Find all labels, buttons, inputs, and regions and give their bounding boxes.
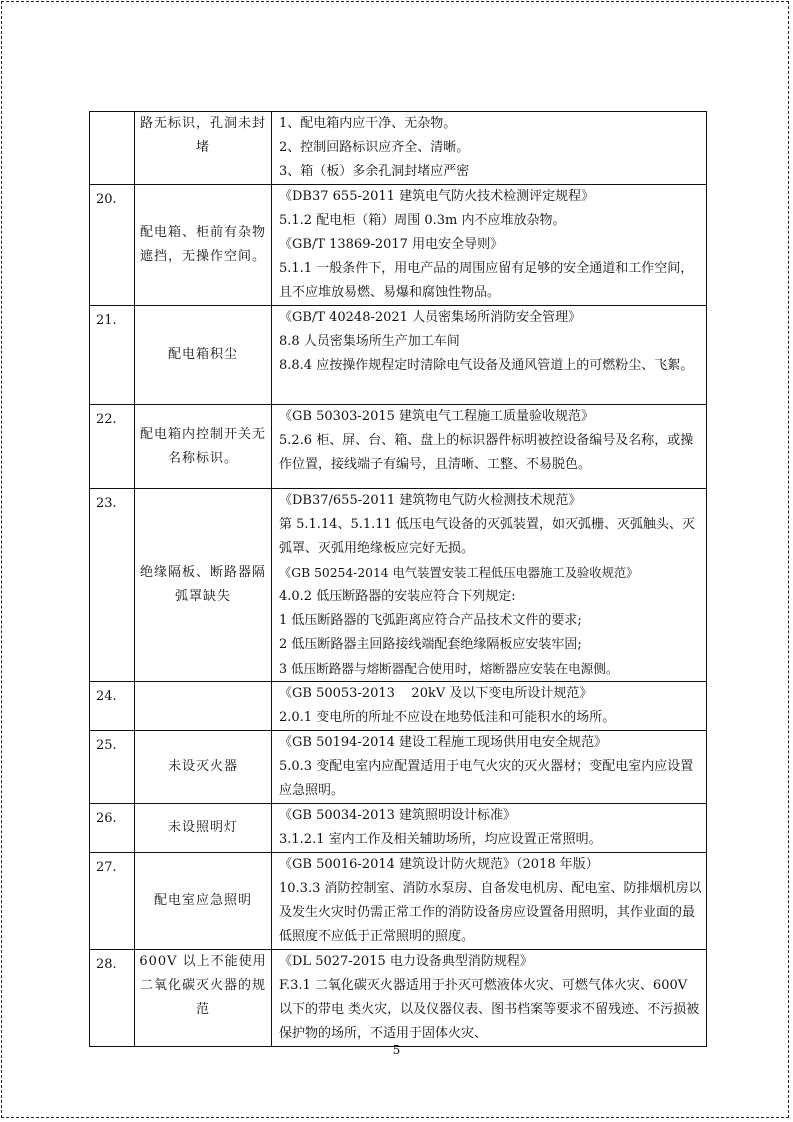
issue-description: 600V 以上不能使用二氧化碳灭火器的规范 — [135, 950, 272, 1047]
clause-line: 《GB 50194-2014 建设工程施工现场供用电安全规范》 — [279, 731, 702, 755]
clause-line: 3、箱（板）多余孔洞封堵应严密 — [279, 160, 702, 184]
clause-line: 5.1.1 一般条件下，用电产品的周围应留有足够的安全通道和工作空间，且不应堆放… — [279, 257, 702, 305]
row-number: 20. — [90, 185, 135, 306]
clause-cell: 《GB 50016-2014 建筑设计防火规范》（2018 年版） 10.3.3… — [272, 853, 707, 950]
clause-line: 5.0.3 变配电室内应配置适用于电气火灾的灭火器材；变配电室内应设置应急照明。 — [279, 755, 702, 803]
issue-text: 绝缘隔板、断路器隔弧罩缺失 — [139, 561, 267, 609]
row-number: 23. — [90, 489, 135, 682]
clause-line: F.3.1 二氧化碳灭火器适用于扑灭可燃液体火灾、可燃气体火灾、600V 以下的… — [279, 974, 702, 1046]
clause-line: 1 低压断路器的飞弧距离应符合产品技术文件的要求; — [279, 609, 702, 633]
row-number: 21. — [90, 306, 135, 405]
clause-line: 2、控制回路标识应齐全、清晰。 — [279, 136, 702, 160]
issue-description — [135, 682, 272, 731]
clause-line: 《GB/T 13869-2017 用电安全导则》 — [279, 233, 702, 257]
row-number: 26. — [90, 804, 135, 853]
row-number: 22. — [90, 405, 135, 489]
issue-description: 配电箱内控制开关无名称标识。 — [135, 405, 272, 489]
clause-line: 《DL 5027-2015 电力设备典型消防规程》 — [279, 950, 702, 974]
page-number: 5 — [0, 1043, 793, 1057]
clause-line: 《GB 50053-2013 20kV 及以下变电所设计规范》 — [279, 682, 702, 706]
clause-line: 2.0.1 变电所的所址不应设在地势低洼和可能积水的场所。 — [279, 706, 702, 730]
clause-line: 《GB 50034-2013 建筑照明设计标准》 — [279, 804, 702, 828]
table-row: 24. 《GB 50053-2013 20kV 及以下变电所设计规范》 2.0.… — [90, 682, 707, 731]
clause-line: 8.8 人员密集场所生产加工车间 — [279, 330, 702, 354]
issue-text: 配电室应急照明 — [139, 889, 267, 913]
clause-line: 《GB 50254-2014 电气装置安装工程低压电器施工及验收规范》 — [279, 561, 702, 585]
issue-description: 未设灭火器 — [135, 731, 272, 804]
clause-cell: 《GB 50194-2014 建设工程施工现场供用电安全规范》 5.0.3 变配… — [272, 731, 707, 804]
row-number: 27. — [90, 853, 135, 950]
table-row: 23. 绝缘隔板、断路器隔弧罩缺失 《DB37/655-2011 建筑物电气防火… — [90, 489, 707, 682]
table-row: 28. 600V 以上不能使用二氧化碳灭火器的规范 《DL 5027-2015 … — [90, 950, 707, 1047]
issue-text: 600V 以上不能使用二氧化碳灭火器的规范 — [139, 950, 267, 1022]
row-number — [90, 112, 135, 185]
clause-line: 第 5.1.14、5.1.11 低压电气设备的灭弧装置，如灭弧栅、灭弧触头、灭弧… — [279, 513, 702, 561]
issue-text: 配电箱、柜前有杂物遮挡，无操作空间。 — [139, 221, 267, 269]
table-row: 27. 配电室应急照明 《GB 50016-2014 建筑设计防火规范》（201… — [90, 853, 707, 950]
clause-line: 《DB37/655-2011 建筑物电气防火检测技术规范》 — [279, 489, 702, 513]
row-number: 25. — [90, 731, 135, 804]
issue-text: 路无标识，孔洞未封堵 — [139, 112, 267, 160]
table-row: 26. 未设照明灯 《GB 50034-2013 建筑照明设计标准》 3.1.2… — [90, 804, 707, 853]
clause-line: 《GB/T 40248-2021 人员密集场所消防安全管理》 — [279, 306, 702, 330]
clause-cell: 《GB 50034-2013 建筑照明设计标准》 3.1.2.1 室内工作及相关… — [272, 804, 707, 853]
issue-description: 配电箱积尘 — [135, 306, 272, 405]
issue-text: 配电箱积尘 — [139, 343, 267, 367]
issue-text: 未设照明灯 — [139, 816, 267, 840]
issue-text: 配电箱内控制开关无名称标识。 — [139, 423, 267, 471]
clause-cell: 《DB37 655-2011 建筑电气防火技术检测评定规程》 5.1.2 配电柜… — [272, 185, 707, 306]
table-row: 20. 配电箱、柜前有杂物遮挡，无操作空间。 《DB37 655-2011 建筑… — [90, 185, 707, 306]
issue-description: 绝缘隔板、断路器隔弧罩缺失 — [135, 489, 272, 682]
row-number: 28. — [90, 950, 135, 1047]
clause-line: 5.2.6 柜、屏、台、箱、盘上的标识器件标明被控设备编号及名称，或操作位置，接… — [279, 429, 702, 477]
clause-line: 《GB 50016-2014 建筑设计防火规范》（2018 年版） — [279, 853, 702, 877]
clause-line: 3.1.2.1 室内工作及相关辅助场所，均应设置正常照明。 — [279, 828, 702, 852]
clause-line: 2 低压断路器主回路接线端配套绝缘隔板应安装牢固; — [279, 633, 702, 657]
clause-line: 8.8.4 应按操作规程定时清除电气设备及通风管道上的可燃粉尘、飞絮。 — [279, 354, 702, 378]
clause-line: 4.0.2 低压断路器的安装应符合下列规定: — [279, 585, 702, 609]
issue-description: 路无标识，孔洞未封堵 — [135, 112, 272, 185]
clause-line: 《DB37 655-2011 建筑电气防火技术检测评定规程》 — [279, 185, 702, 209]
issue-description: 配电箱、柜前有杂物遮挡，无操作空间。 — [135, 185, 272, 306]
issue-description: 未设照明灯 — [135, 804, 272, 853]
clause-cell: 《GB 50053-2013 20kV 及以下变电所设计规范》 2.0.1 变电… — [272, 682, 707, 731]
clause-cell: 《GB 50303-2015 建筑电气工程施工质量验收规范》 5.2.6 柜、屏… — [272, 405, 707, 489]
clause-line: 3 低压断路器与熔断器配合使用时，熔断器应安装在电源侧。 — [279, 657, 702, 681]
issue-text: 未设灭火器 — [139, 755, 267, 779]
clause-line: 5.1.2 配电柜（箱）周围 0.3m 内不应堆放杂物。 — [279, 209, 702, 233]
table-row: 21. 配电箱积尘 《GB/T 40248-2021 人员密集场所消防安全管理》… — [90, 306, 707, 405]
clause-cell: 《DL 5027-2015 电力设备典型消防规程》 F.3.1 二氧化碳灭火器适… — [272, 950, 707, 1047]
clause-cell: 《DB37/655-2011 建筑物电气防火检测技术规范》 第 5.1.14、5… — [272, 489, 707, 682]
clause-line: 1、配电箱内应干净、无杂物。 — [279, 112, 702, 136]
clause-line: 《GB 50303-2015 建筑电气工程施工质量验收规范》 — [279, 405, 702, 429]
standards-table: 路无标识，孔洞未封堵 1、配电箱内应干净、无杂物。 2、控制回路标识应齐全、清晰… — [89, 111, 707, 1047]
table-row: 路无标识，孔洞未封堵 1、配电箱内应干净、无杂物。 2、控制回路标识应齐全、清晰… — [90, 112, 707, 185]
row-number: 24. — [90, 682, 135, 731]
issue-description: 配电室应急照明 — [135, 853, 272, 950]
table-row: 25. 未设灭火器 《GB 50194-2014 建设工程施工现场供用电安全规范… — [90, 731, 707, 804]
clause-cell: 《GB/T 40248-2021 人员密集场所消防安全管理》 8.8 人员密集场… — [272, 306, 707, 405]
clause-cell: 1、配电箱内应干净、无杂物。 2、控制回路标识应齐全、清晰。 3、箱（板）多余孔… — [272, 112, 707, 185]
table-row: 22. 配电箱内控制开关无名称标识。 《GB 50303-2015 建筑电气工程… — [90, 405, 707, 489]
clause-line: 10.3.3 消防控制室、消防水泵房、自备发电机房、配电室、防排烟机房以及发生火… — [279, 877, 702, 949]
